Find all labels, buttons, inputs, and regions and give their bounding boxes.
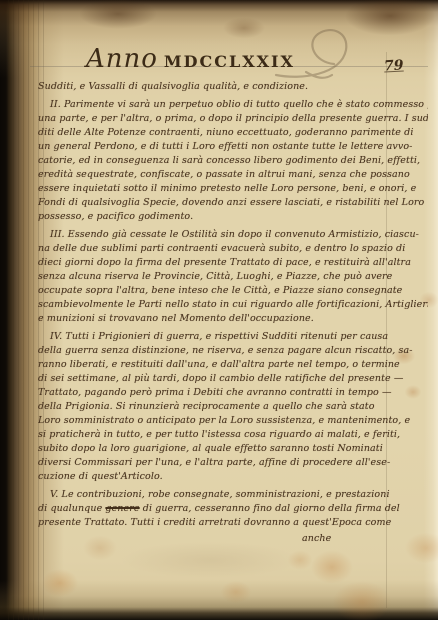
line-segment: di guerra, cesseranno fino dal giorno de… bbox=[140, 503, 400, 514]
manuscript-line: un general Perdono, e di tutti i Loro ef… bbox=[38, 140, 428, 154]
manuscript-line: V. Le contribuzioni, robe consegnate, so… bbox=[38, 488, 428, 502]
manuscript-line: eredità sequestrate, confiscate, o passa… bbox=[38, 168, 428, 182]
catchword: anche bbox=[302, 532, 428, 546]
manuscript-line: Fondi di qualsivoglia Specie, dovendo an… bbox=[38, 196, 428, 210]
header-anno-script: Anno bbox=[86, 44, 158, 74]
section-V: V. Le contribuzioni, robe consegnate, so… bbox=[38, 488, 428, 530]
manuscript-line: si praticherà in tutto, e per tutto l'is… bbox=[38, 428, 428, 442]
manuscript-line: IV. Tutti i Prigionieri di guerra, e ris… bbox=[38, 330, 428, 344]
text-block: Sudditi, e Vassalli di qualsivoglia qual… bbox=[38, 80, 428, 546]
manuscript-line: diti delle Alte Potenze contraenti, niun… bbox=[38, 126, 428, 140]
manuscript-line: diversi Commissari per l'una, e l'altra … bbox=[38, 456, 428, 470]
manuscript-line: scambievolmente le Parti nello stato in … bbox=[38, 298, 428, 312]
manuscript-line: cuzione di quest'Articolo. bbox=[38, 470, 428, 484]
manuscript-line: II. Parimente vi sarà un perpetuo oblio … bbox=[38, 98, 428, 112]
manuscript-line: dieci giorni dopo la firma del presente … bbox=[38, 256, 428, 270]
manuscript-line: di qualunque genere di guerra, cesserann… bbox=[38, 502, 428, 516]
manuscript-line: Trattato, pagando però prima i Debiti ch… bbox=[38, 386, 428, 400]
page-number: 79 bbox=[384, 58, 404, 75]
manuscript-line: Loro somministrato o anticipato per la L… bbox=[38, 414, 428, 428]
manuscript-line: della guerra senza distinzione, ne riser… bbox=[38, 344, 428, 358]
sections-container: II. Parimente vi sarà un perpetuo oblio … bbox=[38, 98, 428, 530]
manuscript-line: di sei settimane, al più tardi, dopo il … bbox=[38, 372, 428, 386]
intro-line: Sudditi, e Vassalli di qualsivoglia qual… bbox=[38, 80, 428, 94]
manuscript-line: senza alcuna riserva le Provincie, Città… bbox=[38, 270, 428, 284]
manuscript-line: occupate sopra l'altra, bene inteso che … bbox=[38, 284, 428, 298]
section-II: II. Parimente vi sarà un perpetuo oblio … bbox=[38, 98, 428, 224]
manuscript-line: della Prigionia. Si rinunzierà reciproca… bbox=[38, 400, 428, 414]
header-year-roman: MDCCLXXIX bbox=[164, 52, 295, 71]
manuscript-line: na delle due sublimi parti contraenti ev… bbox=[38, 242, 428, 256]
manuscript-line: subito dopo la loro guarigione, al quale… bbox=[38, 442, 428, 456]
manuscript-line: ranno liberati, e restituiti dall'una, e… bbox=[38, 358, 428, 372]
struck-word: genere bbox=[105, 503, 139, 514]
manuscript-line: III. Essendo già cessate le Ostilità sin… bbox=[38, 228, 428, 242]
manuscript-scan: AnnoMDCCLXXIX 79 Sudditi, e Vassalli di … bbox=[0, 0, 438, 620]
manuscript-line: e munizioni si trovavano nel Momento del… bbox=[38, 312, 428, 326]
manuscript-line: catorie, ed in conseguenza li sarà conce… bbox=[38, 154, 428, 168]
page-header: AnnoMDCCLXXIX bbox=[86, 44, 295, 74]
section-IV: IV. Tutti i Prigionieri di guerra, e ris… bbox=[38, 330, 428, 484]
manuscript-line: essere inquietati sotto il minimo pretes… bbox=[38, 182, 428, 196]
manuscript-line: una parte, e per l'altra, o prima, o dop… bbox=[38, 112, 428, 126]
section-III: III. Essendo già cessate le Ostilità sin… bbox=[38, 228, 428, 326]
line-segment: di qualunque bbox=[38, 503, 105, 514]
manuscript-line: possesso, e pacifico godimento. bbox=[38, 210, 428, 224]
manuscript-line: presente Trattato. Tutti i crediti arret… bbox=[38, 516, 428, 530]
